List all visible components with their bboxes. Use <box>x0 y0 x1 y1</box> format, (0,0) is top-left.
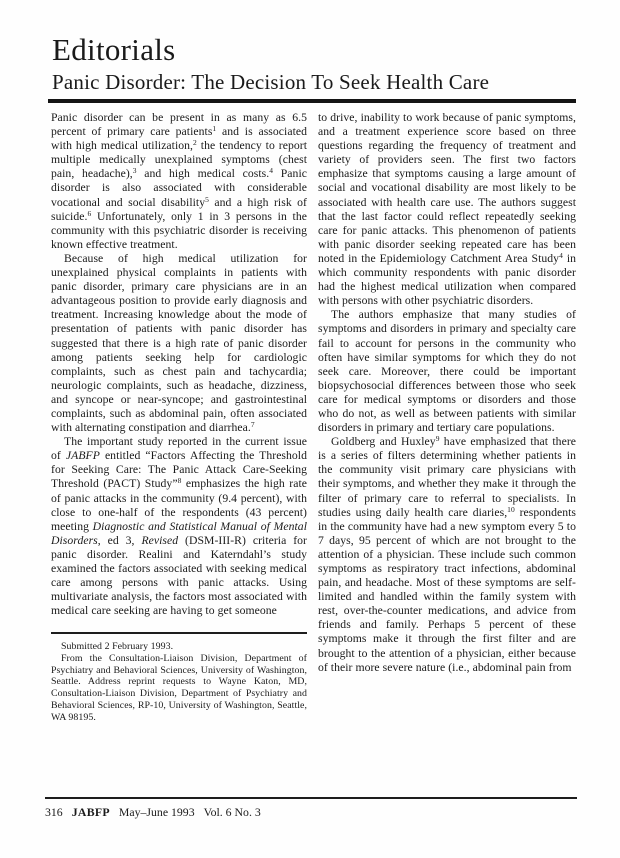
text-segment: Because of high medical utilization for … <box>51 252 307 434</box>
text-segment: respondents in the community have had a … <box>318 506 576 674</box>
journal-abbrev: JABFP <box>72 805 110 819</box>
text-segment: From the Consultation-Liaison Division, … <box>51 653 307 723</box>
page-footer: 316 JABFP May–June 1993 Vol. 6 No. 3 <box>45 805 261 819</box>
paragraph: Because of high medical utilization for … <box>51 252 307 435</box>
paragraph: The important study reported in the curr… <box>51 435 307 618</box>
volume-info: Vol. 6 No. 3 <box>204 805 261 819</box>
text-segment: to drive, inability to work because of p… <box>318 111 576 265</box>
header-rule <box>48 99 576 103</box>
paragraph: Submitted 2 February 1993. <box>51 641 307 653</box>
issue-date: May–June 1993 <box>119 805 195 819</box>
italic-text: Revised <box>141 534 178 547</box>
paragraph: Panic disorder can be present in as many… <box>51 111 307 252</box>
left-column: Panic disorder can be present in as many… <box>51 111 307 723</box>
footnote-rule <box>51 632 307 634</box>
paragraph: to drive, inability to work because of p… <box>318 111 576 308</box>
section-title: Editorials <box>52 33 176 67</box>
footnote: Submitted 2 February 1993.From the Consu… <box>51 641 307 723</box>
paragraph: From the Consultation-Liaison Division, … <box>51 653 307 723</box>
footer-rule <box>45 797 577 799</box>
page-number: 316 <box>45 805 63 819</box>
paragraph: Goldberg and Huxley9 have emphasized tha… <box>318 435 576 675</box>
right-column: to drive, inability to work because of p… <box>318 111 576 675</box>
paragraph: The authors emphasize that many studies … <box>318 308 576 435</box>
text-segment: and high medical costs. <box>137 167 270 180</box>
text-segment: Submitted 2 February 1993. <box>61 641 173 652</box>
journal-page: Editorials Panic Disorder: The Decision … <box>0 0 620 858</box>
italic-text: JABFP <box>66 449 100 462</box>
text-segment: , ed 3, <box>98 534 142 547</box>
right-column-text: to drive, inability to work because of p… <box>318 111 576 675</box>
reference-superscript: 10 <box>507 505 515 514</box>
reference-superscript: 7 <box>251 420 255 429</box>
text-segment: The authors emphasize that many studies … <box>318 308 576 434</box>
text-segment: Goldberg and Huxley <box>331 435 436 448</box>
article-title: Panic Disorder: The Decision To Seek Hea… <box>52 70 489 95</box>
left-column-text: Panic disorder can be present in as many… <box>51 111 307 618</box>
